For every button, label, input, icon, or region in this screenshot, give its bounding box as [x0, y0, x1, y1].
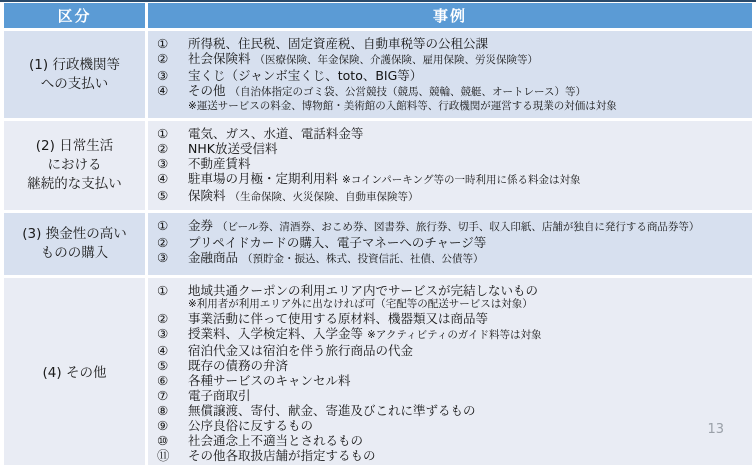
item-number: ② [157, 235, 179, 250]
item-number: ② [157, 311, 179, 326]
item-text: 社会通念上不適当とされるもの [188, 433, 363, 448]
item-note: ※運送サービスの料金、博物館・美術館の入館料等、行政機関が運営する現業の対価は対… [188, 100, 742, 113]
item-text: 不動産賃料 [188, 156, 251, 171]
item-detail-small: （医療保険、年金保険、介護保険、雇用保険、労災保険等） [255, 54, 539, 66]
example-item: ⑤既存の債務の弁済 [157, 358, 742, 373]
item-text: プリペイドカードの購入、電子マネーへのチャージ等 [188, 235, 486, 250]
item-number: ③ [157, 250, 179, 265]
item-number: ⑤ [157, 188, 179, 203]
example-item: ④駐車場の月極・定期利用料※コインパーキング等の一時利用に係る料金は対象 [157, 171, 742, 188]
category-line: 継続的な支払い [27, 175, 122, 194]
item-number: ⑦ [157, 388, 179, 403]
item-text: 無償譲渡、寄付、献金、寄進及びこれに準ずるもの [188, 403, 476, 418]
item-text: 保険料（生命保険、火災保険、自動車保険等） [188, 188, 419, 205]
item-text: 地域共通クーポンの利用エリア内でサービスが完結しないもの [188, 283, 538, 298]
item-number: ② [157, 51, 179, 66]
table-row: (4) その他①地域共通クーポンの利用エリア内でサービスが完結しないもの※利用者… [4, 278, 752, 465]
item-detail-small: ※コインパーキング等の一時利用に係る料金は対象 [342, 174, 580, 186]
table-row: (3) 換金性の高いものの購入①金券（ビール券、清酒券、おこめ券、図書券、旅行券… [4, 213, 752, 275]
example-item: ⑦電子商取引 [157, 388, 742, 403]
table-header-row: 区分 事例 [4, 3, 752, 28]
item-text: 金融商品（預貯金・振込、株式、投資信託、社債、公債等） [188, 250, 484, 267]
table-row: (2) 日常生活における継続的な支払い①電気、ガス、水道、電話料金等②NHK放送… [4, 121, 752, 210]
item-number: ⑧ [157, 403, 179, 418]
item-text: 各種サービスのキャンセル料 [188, 373, 351, 388]
item-text: 電気、ガス、水道、電話料金等 [188, 126, 363, 141]
item-text: 所得税、住民税、固定資産税、自動車税等の公租公課 [188, 36, 488, 51]
category-line: における [48, 156, 102, 175]
item-detail-small: （自治体指定のゴミ袋、公営競技（競馬、競輪、競艇、オートレース）等） [230, 86, 586, 98]
category-line: ものの購入 [41, 244, 109, 263]
slide: 区分 事例 (1) 行政機関等への支払い①所得税、住民税、固定資産税、自動車税等… [0, 0, 756, 465]
example-item: ②事業活動に伴って使用する原材料、機器類又は商品等 [157, 311, 742, 326]
table-row: (1) 行政機関等への支払い①所得税、住民税、固定資産税、自動車税等の公租公課②… [4, 31, 752, 118]
item-detail-small: （生命保険、火災保険、自動車保険等） [230, 191, 419, 203]
examples-cell: ①所得税、住民税、固定資産税、自動車税等の公租公課②社会保険料（医療保険、年金保… [148, 31, 752, 118]
example-item: ③宝くじ（ジャンボ宝くじ、toto、BIG等） [157, 68, 742, 83]
header-examples: 事例 [148, 3, 752, 28]
category-line: (2) 日常生活 [36, 137, 113, 156]
item-text: 駐車場の月極・定期利用料※コインパーキング等の一時利用に係る料金は対象 [188, 171, 580, 188]
item-text: その他各取扱店舗が指定するもの [188, 448, 376, 463]
item-number: ① [157, 218, 179, 233]
examples-cell: ①電気、ガス、水道、電話料金等②NHK放送受信料③不動産賃料④駐車場の月極・定期… [148, 121, 752, 210]
item-number: ③ [157, 326, 179, 341]
item-number: ⑩ [157, 433, 179, 448]
example-item: ①金券（ビール券、清酒券、おこめ券、図書券、旅行券、切手、収入印紙、店舗が独自に… [157, 218, 742, 235]
top-border-line [0, 0, 756, 2]
example-item: ⑨公序良俗に反するもの [157, 418, 742, 433]
item-text: NHK放送受信料 [188, 141, 277, 156]
category-cell: (1) 行政機関等への支払い [4, 31, 145, 118]
item-number: ⑥ [157, 373, 179, 388]
example-item: ③金融商品（預貯金・振込、株式、投資信託、社債、公債等） [157, 250, 742, 267]
item-text: 既存の債務の弁済 [188, 358, 288, 373]
example-item: ②社会保険料（医療保険、年金保険、介護保険、雇用保険、労災保険等） [157, 51, 742, 68]
example-item: ③不動産賃料 [157, 156, 742, 171]
item-detail-small: （預貯金・振込、株式、投資信託、社債、公債等） [242, 253, 484, 265]
examples-cell: ①地域共通クーポンの利用エリア内でサービスが完結しないもの※利用者が利用エリア外… [148, 278, 752, 465]
item-number: ③ [157, 68, 179, 83]
example-item: ⑤保険料（生命保険、火災保険、自動車保険等） [157, 188, 742, 205]
example-item: ⑪その他各取扱店舗が指定するもの [157, 448, 742, 463]
item-number: ③ [157, 156, 179, 171]
example-item: ①所得税、住民税、固定資産税、自動車税等の公租公課 [157, 36, 742, 51]
category-line: への支払い [41, 75, 109, 94]
item-text: 金券（ビール券、清酒券、おこめ券、図書券、旅行券、切手、収入印紙、店舗が独自に発… [188, 218, 699, 235]
item-number: ① [157, 36, 179, 51]
examples-cell: ①金券（ビール券、清酒券、おこめ券、図書券、旅行券、切手、収入印紙、店舗が独自に… [148, 213, 752, 275]
category-cell: (3) 換金性の高いものの購入 [4, 213, 145, 275]
item-number: ④ [157, 83, 179, 98]
item-number: ⑨ [157, 418, 179, 433]
example-item: ④宿泊代金又は宿泊を伴う旅行商品の代金 [157, 343, 742, 358]
category-cell: (2) 日常生活における継続的な支払い [4, 121, 145, 210]
example-item: ①地域共通クーポンの利用エリア内でサービスが完結しないもの [157, 283, 742, 298]
item-note: ※利用者が利用エリア外に出なければ可（宅配等の配送サービスは対象） [188, 298, 742, 311]
item-number: ⑪ [157, 448, 179, 463]
item-number: ① [157, 283, 179, 298]
example-item: ④その他（自治体指定のゴミ袋、公営競技（競馬、競輪、競艇、オートレース）等） [157, 83, 742, 100]
category-line: (1) 行政機関等 [29, 56, 120, 75]
example-item: ③授業料、入学検定料、入学金等※アクティビティのガイド料等は対象 [157, 326, 742, 343]
item-text: 授業料、入学検定料、入学金等※アクティビティのガイド料等は対象 [188, 326, 542, 343]
item-number: ② [157, 141, 179, 156]
category-line: (3) 換金性の高い [22, 225, 126, 244]
item-text: 電子商取引 [188, 388, 251, 403]
item-text: 社会保険料（医療保険、年金保険、介護保険、雇用保険、労災保険等） [188, 51, 538, 68]
page-number: 13 [707, 422, 724, 437]
example-item: ②NHK放送受信料 [157, 141, 742, 156]
item-number: ① [157, 126, 179, 141]
example-item: ②プリペイドカードの購入、電子マネーへのチャージ等 [157, 235, 742, 250]
item-text: 公序良俗に反するもの [188, 418, 313, 433]
example-item: ⑧無償譲渡、寄付、献金、寄進及びこれに準ずるもの [157, 403, 742, 418]
category-line: (4) その他 [43, 364, 107, 383]
header-category: 区分 [4, 3, 145, 28]
example-item: ①電気、ガス、水道、電話料金等 [157, 126, 742, 141]
item-text: 事業活動に伴って使用する原材料、機器類又は商品等 [188, 311, 488, 326]
item-text: 宿泊代金又は宿泊を伴う旅行商品の代金 [188, 343, 413, 358]
example-item: ⑩社会通念上不適当とされるもの [157, 433, 742, 448]
item-number: ④ [157, 343, 179, 358]
item-text: 宝くじ（ジャンボ宝くじ、toto、BIG等） [188, 68, 422, 83]
item-text: その他（自治体指定のゴミ袋、公営競技（競馬、競輪、競艇、オートレース）等） [188, 83, 586, 100]
category-cell: (4) その他 [4, 278, 145, 465]
item-detail-small: ※アクティビティのガイド料等は対象 [367, 329, 542, 341]
example-item: ⑥各種サービスのキャンセル料 [157, 373, 742, 388]
item-detail-small: （ビール券、清酒券、おこめ券、図書券、旅行券、切手、収入印紙、店舗が独自に発行す… [217, 221, 699, 233]
item-number: ⑤ [157, 358, 179, 373]
category-table: 区分 事例 (1) 行政機関等への支払い①所得税、住民税、固定資産税、自動車税等… [4, 3, 752, 465]
item-number: ④ [157, 171, 179, 186]
